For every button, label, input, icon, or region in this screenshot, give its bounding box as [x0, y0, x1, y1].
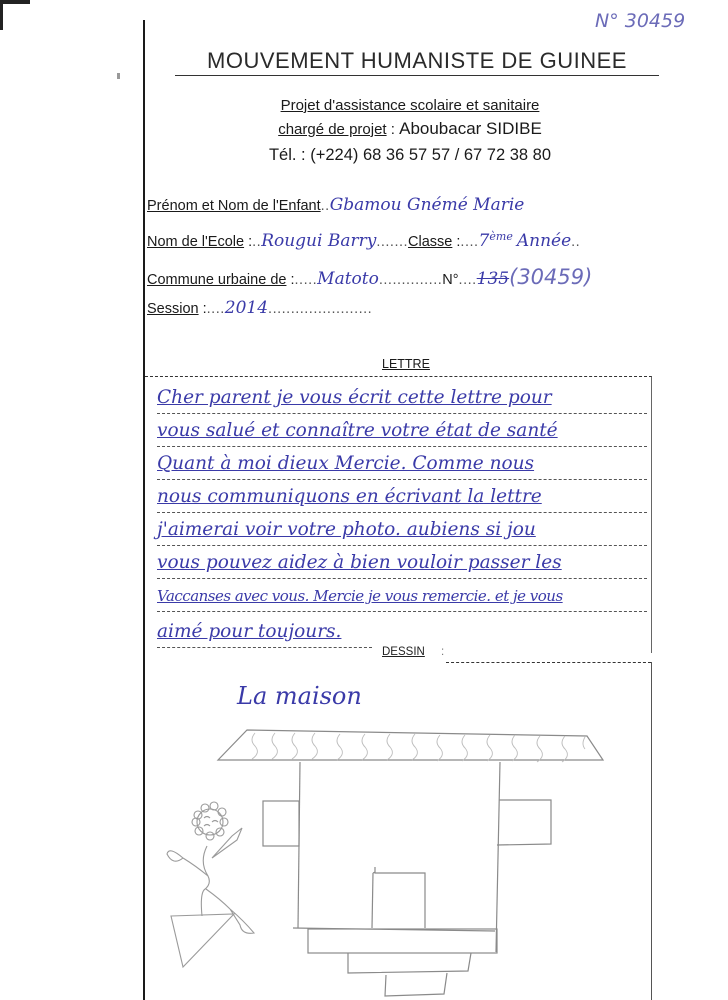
house-drawing [0, 0, 728, 1000]
house-icon [218, 730, 603, 996]
flower-icon [167, 802, 254, 967]
